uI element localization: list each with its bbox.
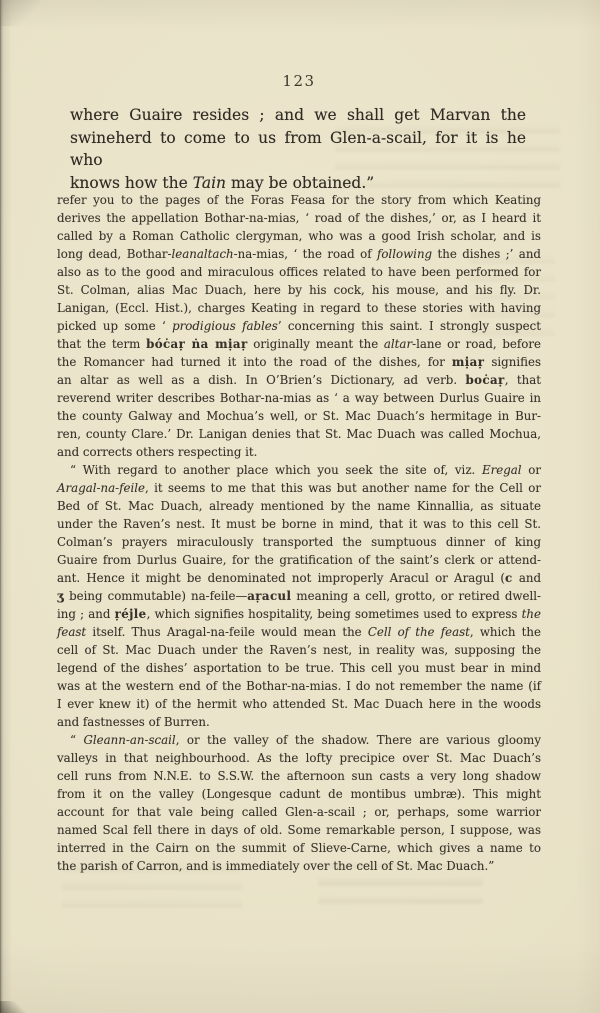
text-line: ren, county Clare.’ Dr. Lanigan denies t… xyxy=(57,425,541,443)
text-line: an altar as well as a dish. In O’Brien’s… xyxy=(57,371,541,389)
body-paragraph: refer you to the pages of the Foras Feas… xyxy=(57,191,541,461)
body-paragraph: “ With regard to another place which you… xyxy=(57,461,541,731)
text-line: ʒ being commutable) na-feile—aṛacul mean… xyxy=(57,587,541,605)
text-line: long dead, Bothar-leanaltach-na-mias, ‘ … xyxy=(57,245,541,263)
text-line: “ With regard to another place which you… xyxy=(57,461,541,479)
scan-corner-top-left xyxy=(0,0,40,26)
text-line: the county Galway and Mochua’s well, or … xyxy=(57,407,541,425)
text-line: Aragal-na-feile, it seems to me that thi… xyxy=(57,479,541,497)
text-line: interred in the Cairn on the summit of S… xyxy=(57,839,541,857)
text-line: Guaire from Durlus Guaire, for the grati… xyxy=(57,551,541,569)
text-line: picked up some ‘ prodigious fables’ conc… xyxy=(57,317,541,335)
text-line: Bed of St. Mac Duach, already mentioned … xyxy=(57,497,541,515)
book-page: 123 where Guaire resides ; and we shall … xyxy=(0,0,600,1013)
text-line: I ever knew it) of the hermit who attend… xyxy=(57,695,541,713)
text-line: and fastnesses of Burren. xyxy=(57,713,541,731)
text-line: also as to the good and miraculous offic… xyxy=(57,263,541,281)
text-line: that the term bóċaṛ ṅa mịaṛ originally m… xyxy=(57,335,541,353)
text-line: the parish of Carron, and is immediately… xyxy=(57,857,541,875)
text-line: derives the appellation Bothar-na-mias, … xyxy=(57,209,541,227)
text-line: St. Colman, alias Mac Duach, here by his… xyxy=(57,281,541,299)
text-line: legend of the dishes’ asportation to be … xyxy=(57,659,541,677)
text-line: from it on the valley (Longesque cadunt … xyxy=(57,785,541,803)
scan-corner-bottom-left xyxy=(0,1001,30,1013)
text-line: refer you to the pages of the Foras Feas… xyxy=(57,191,541,209)
text-line: cell runs from N.N.E. to S.S.W. the afte… xyxy=(57,767,541,785)
text-line: called by a Roman Catholic clergyman, wh… xyxy=(57,227,541,245)
text-line: under the Raven’s nest. It must be borne… xyxy=(57,515,541,533)
text-line: Lanigan, (Eccl. Hist.), charges Keating … xyxy=(57,299,541,317)
text-line: “ Gleann-an-scail, or the valley of the … xyxy=(57,731,541,749)
text-line: cell of St. Mac Duach under the Raven’s … xyxy=(57,641,541,659)
scan-edge-left xyxy=(0,0,4,1013)
page-body: refer you to the pages of the Foras Feas… xyxy=(57,191,541,875)
body-paragraph: “ Gleann-an-scail, or the valley of the … xyxy=(57,731,541,875)
text-line: reverend writer describes Bothar-na-mias… xyxy=(57,389,541,407)
text-line: ant. Hence it might be denominated not i… xyxy=(57,569,541,587)
text-line: the Romancer had turned it into the road… xyxy=(57,353,541,371)
text-line: ing ; and ṛéjle, which signifies hospita… xyxy=(57,605,541,623)
page-number: 123 xyxy=(57,72,541,90)
text-line: swineherd to come to us from Glen-a-scai… xyxy=(70,127,526,172)
text-line: feast itself. Thus Aragal-na-feile would… xyxy=(57,623,541,641)
text-line: was at the western end of the Bothar-na-… xyxy=(57,677,541,695)
text-line: Colman’s prayers miraculously transporte… xyxy=(57,533,541,551)
text-line: account for that vale being called Glen-… xyxy=(57,803,541,821)
opening-quote-paragraph: where Guaire resides ; and we shall get … xyxy=(70,104,526,194)
text-line: named Scal fell there in days of old. So… xyxy=(57,821,541,839)
text-line: valleys in that neighbourhood. As the lo… xyxy=(57,749,541,767)
text-line: where Guaire resides ; and we shall get … xyxy=(70,104,526,127)
text-line: and corrects others respecting it. xyxy=(57,443,541,461)
